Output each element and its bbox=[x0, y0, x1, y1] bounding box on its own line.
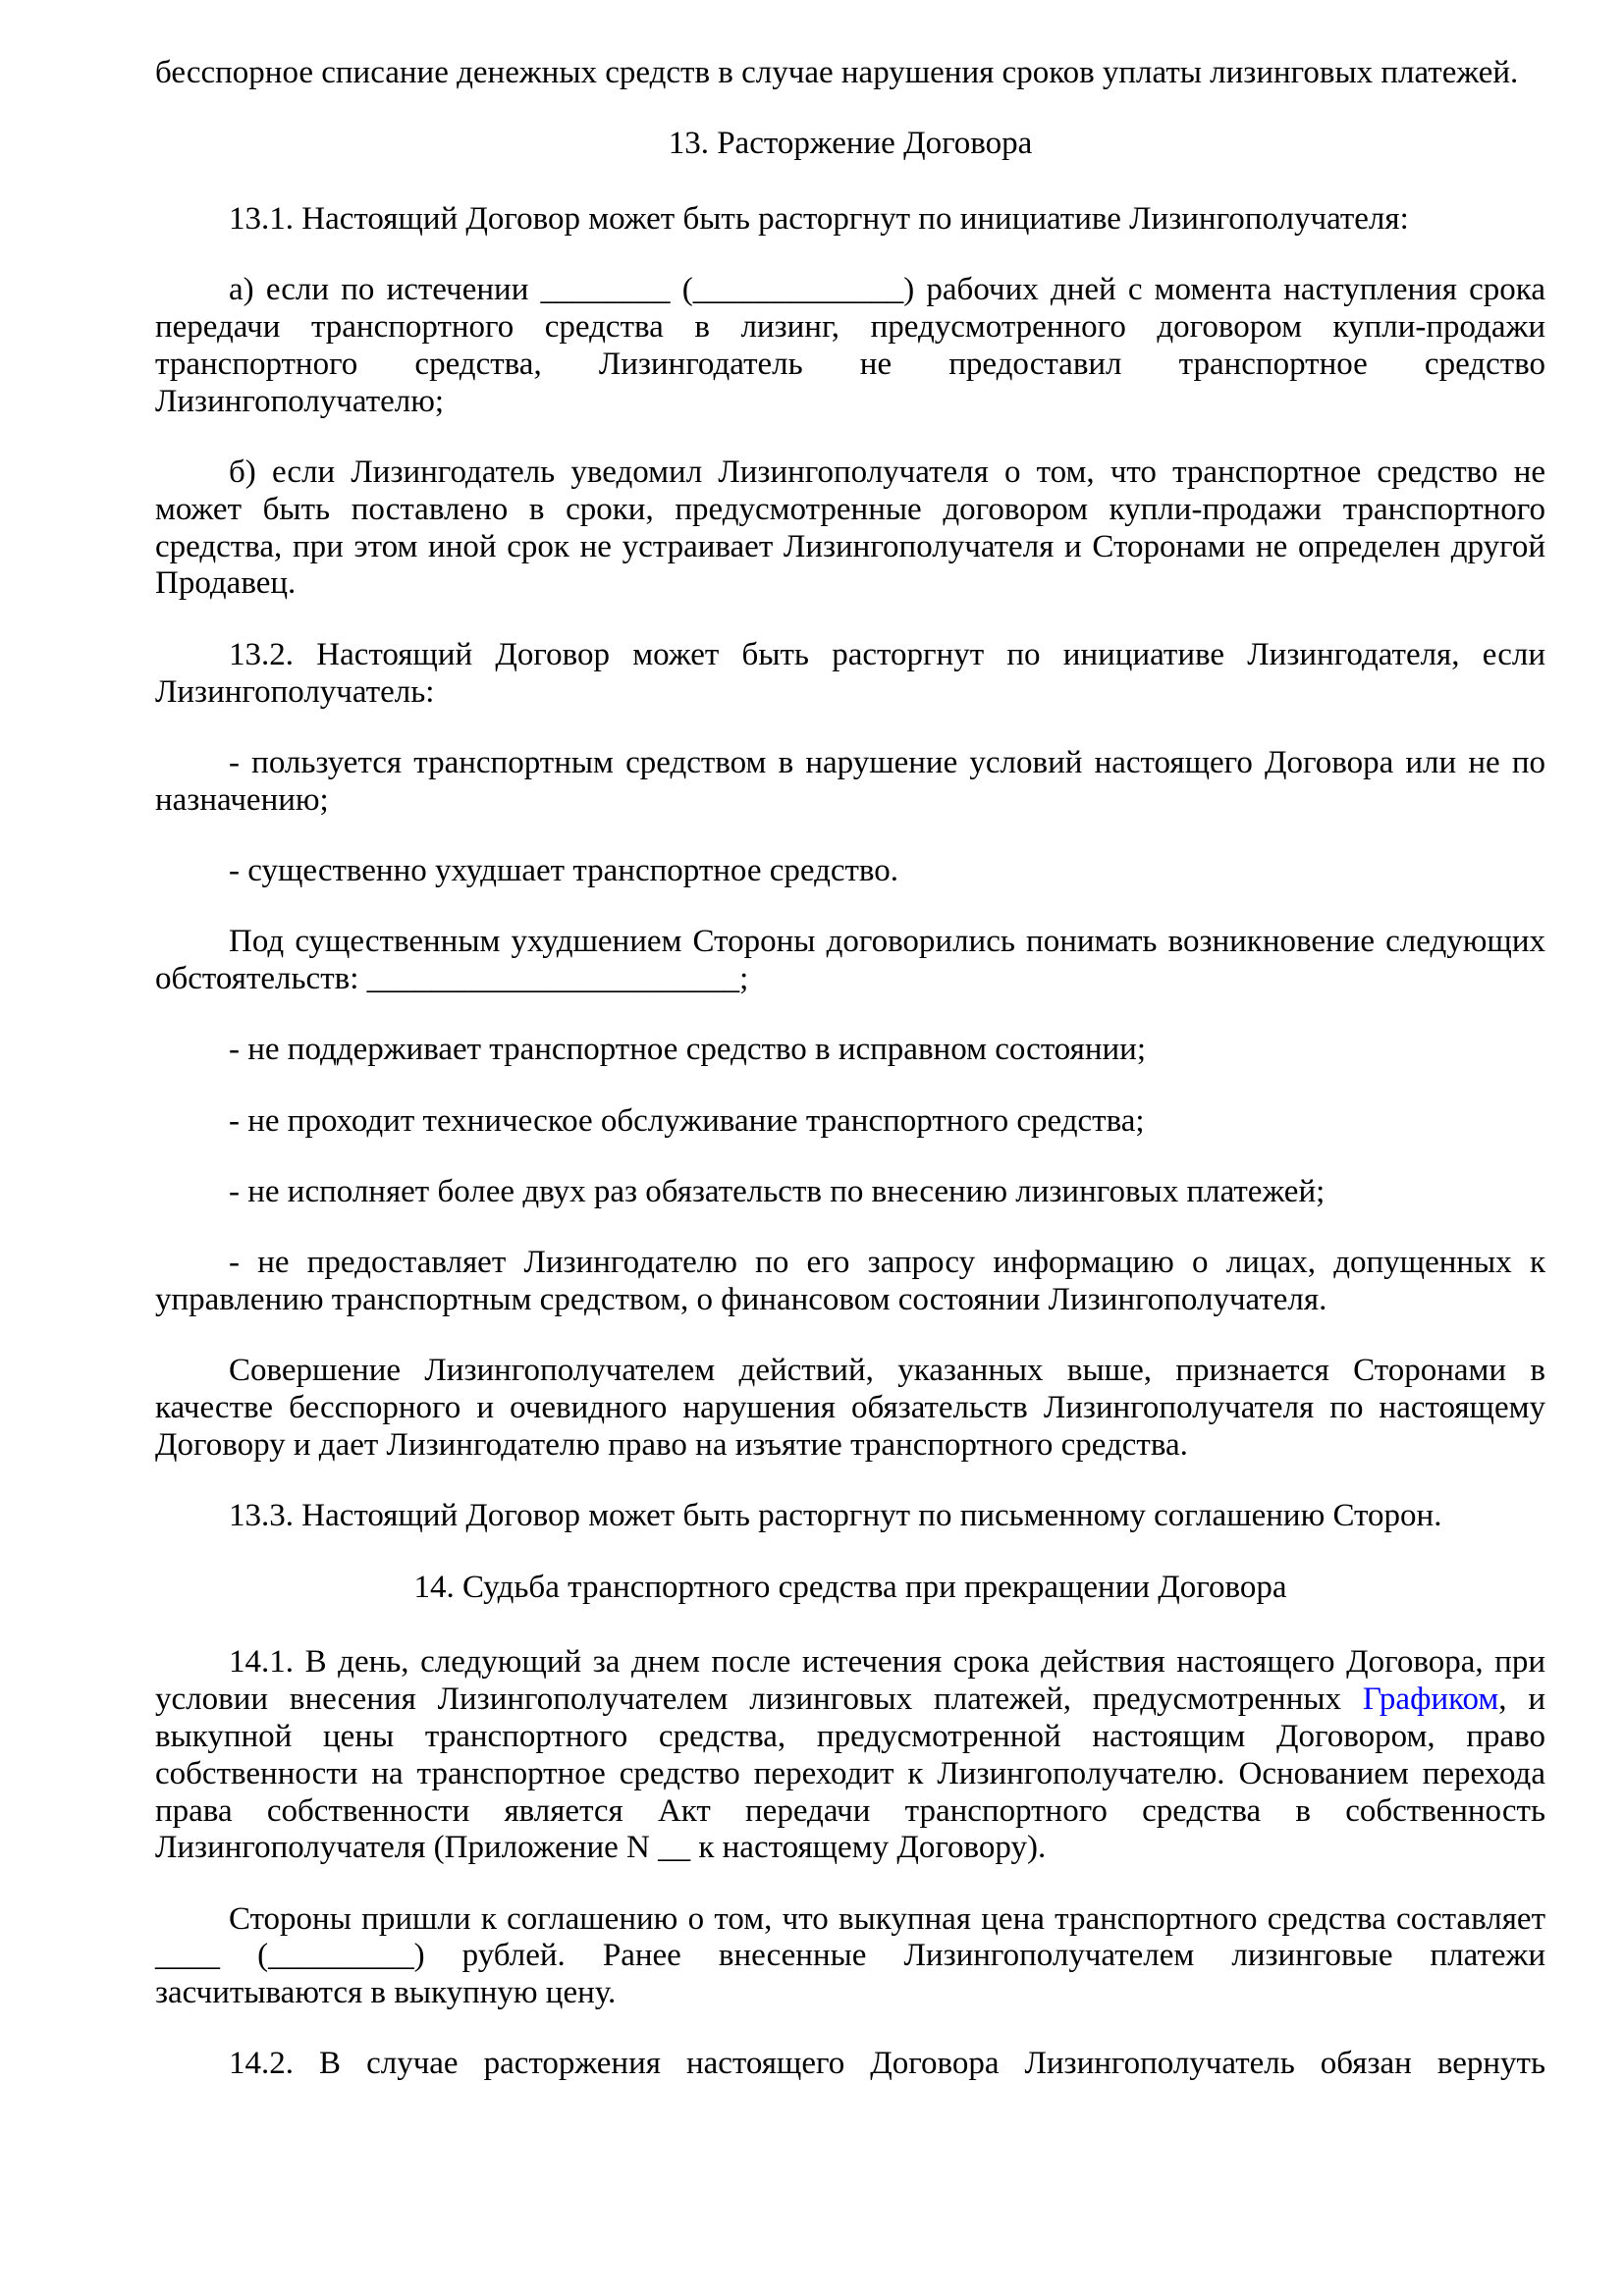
document-page: бесспорное списание денежных средств в с… bbox=[155, 55, 1545, 2117]
clause-14-1-prefix: 14.1. В день, следующий за днем после ис… bbox=[155, 1644, 1545, 1717]
days-words-blank: _____________ bbox=[693, 272, 904, 307]
circumstances-blank: _______________________ bbox=[367, 961, 740, 996]
price-words-blank: _________ bbox=[268, 1938, 414, 1973]
clause-13-1-item-a: а) если по истечении ________ (_________… bbox=[155, 272, 1545, 420]
section-14-heading: 14. Судьба транспортного средства при пр… bbox=[155, 1570, 1545, 1607]
clause-13-1: 13.1. Настоящий Договор может быть расто… bbox=[155, 201, 1545, 239]
buyout-mid: ( bbox=[220, 1938, 268, 1973]
schedule-link[interactable]: Графиком bbox=[1363, 1682, 1498, 1717]
continuation-paragraph: бесспорное списание денежных средств в с… bbox=[155, 55, 1545, 92]
clause-13-3: 13.3. Настоящий Договор может быть расто… bbox=[155, 1498, 1545, 1535]
violation-consequence: Совершение Лизингополучателем действий, … bbox=[155, 1353, 1545, 1464]
item-a-prefix: а) если по истечении bbox=[229, 272, 541, 307]
clause-14-2: 14.2. В случае расторжения настоящего До… bbox=[155, 2046, 1545, 2083]
deterioration-item: - не исполняет более двух раз обязательс… bbox=[155, 1174, 1545, 1211]
buyout-prefix: Стороны пришли к соглашению о том, что в… bbox=[229, 1901, 1545, 1937]
buyout-price-paragraph: Стороны пришли к соглашению о том, что в… bbox=[155, 1901, 1545, 2012]
clause-13-2: 13.2. Настоящий Договор может быть расто… bbox=[155, 637, 1545, 712]
deterioration-item: - не проходит техническое обслуживание т… bbox=[155, 1103, 1545, 1141]
deterioration-definition: Под существенным ухудшением Стороны дого… bbox=[155, 924, 1545, 998]
lessee-violation-item: - существенно ухудшает транспортное сред… bbox=[155, 853, 1545, 890]
appendix-number-blank: __ bbox=[658, 1830, 690, 1865]
deterioration-item: - не поддерживает транспортное средство … bbox=[155, 1032, 1545, 1069]
item-a-mid: ( bbox=[671, 272, 693, 307]
deterioration-suffix: ; bbox=[739, 961, 748, 996]
deterioration-item: - не предоставляет Лизингодателю по его … bbox=[155, 1245, 1545, 1319]
lessee-violation-item: - пользуется транспортным средством в на… bbox=[155, 745, 1545, 820]
section-13-heading: 13. Расторжение Договора bbox=[155, 126, 1545, 163]
clause-14-1: 14.1. В день, следующий за днем после ис… bbox=[155, 1644, 1545, 1867]
clause-13-1-item-b: б) если Лизингодатель уведомил Лизингопо… bbox=[155, 454, 1545, 603]
price-number-blank: ____ bbox=[155, 1938, 220, 1973]
deterioration-prefix: Под существенным ухудшением Стороны дого… bbox=[155, 924, 1545, 996]
clause-14-1-end: к настоящему Договору). bbox=[690, 1830, 1046, 1865]
days-count-blank: ________ bbox=[541, 272, 671, 307]
